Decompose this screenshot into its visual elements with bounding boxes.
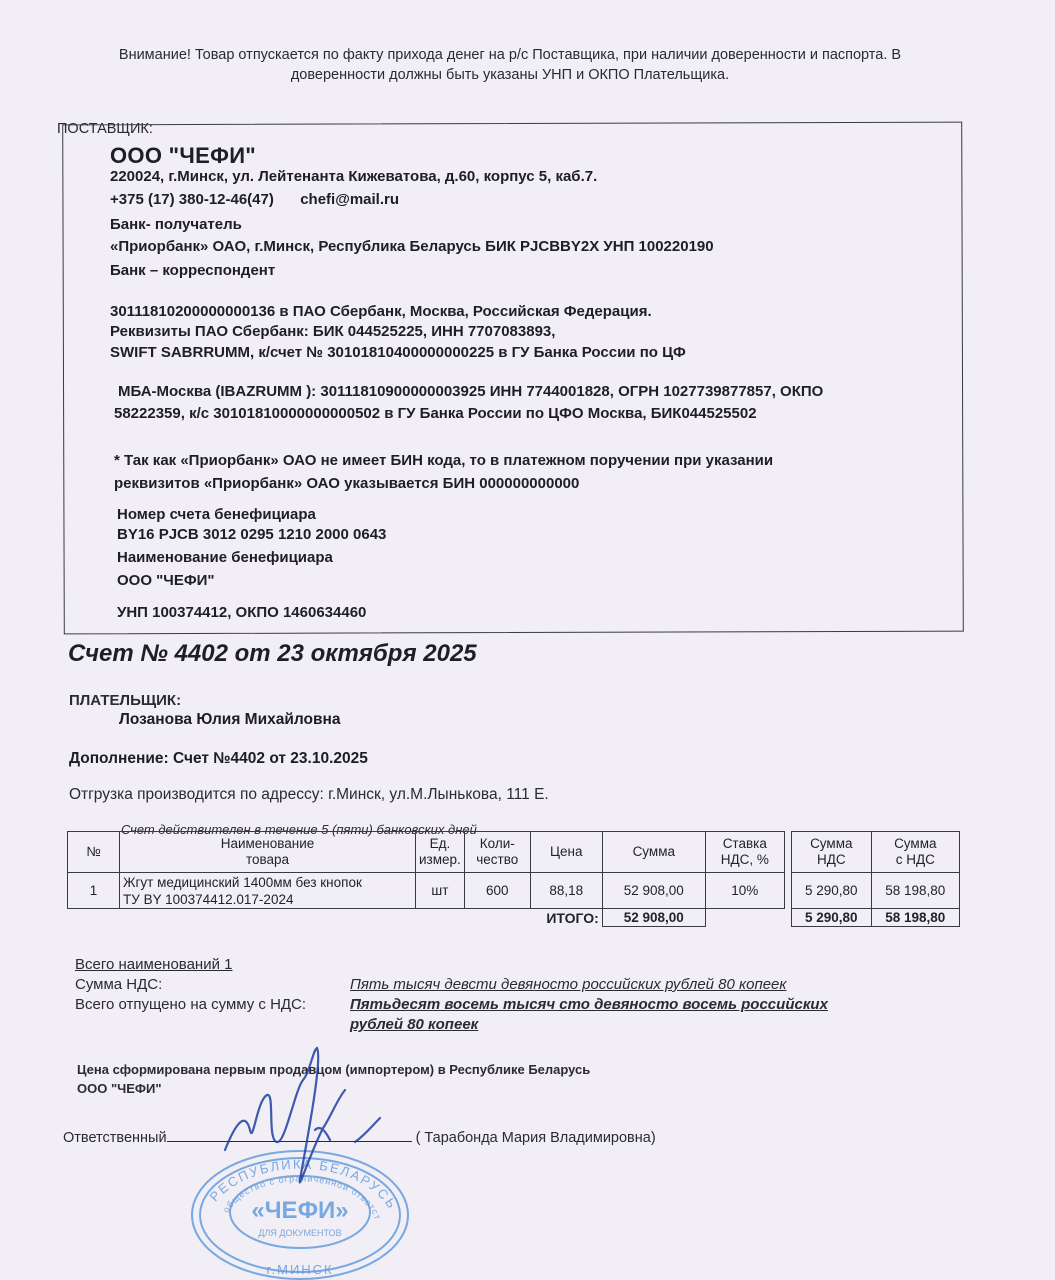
col-unit: Ед.измер. [416, 832, 465, 873]
bank-recipient: «Приорбанк» ОАО, г.Минск, Республика Бел… [110, 238, 714, 255]
svg-text:г.МИНСК: г.МИНСК [266, 1262, 333, 1277]
supplier-name: ООО "ЧЕФИ" [110, 143, 256, 169]
supplier-address: 220024, г.Минск, ул. Лейтенанта Кижевато… [110, 168, 597, 185]
col-num: № [68, 832, 120, 873]
cell-price: 88,18 [530, 873, 602, 909]
sberbank-details: Реквизиты ПАО Сбербанк: БИК 044525225, И… [110, 323, 555, 340]
col-vat-rate: СтавкаНДС, % [705, 832, 784, 873]
beneficiary-name: ООО "ЧЕФИ" [117, 572, 215, 589]
cell-gap [784, 873, 791, 909]
vat-sum-line: Сумма НДС:Пять тысяч девсти девяносто ро… [75, 975, 828, 995]
beneficiary-account: BY16 PJCB 3012 0295 1210 2000 0643 [117, 526, 386, 543]
responsible-label: Ответственный [63, 1130, 167, 1146]
payer-label: ПЛАТЕЛЬЩИК: [69, 692, 181, 709]
correspondent-account: 30111810200000000136 в ПАО Сбербанк, Мос… [110, 303, 652, 320]
col-gap [784, 832, 791, 873]
shipping-address: Отгрузка производится по адрессу: г.Минс… [69, 786, 549, 804]
beneficiary-name-label: Наименование бенефициара [117, 549, 333, 566]
invoice-title: Счет № 4402 от 23 октября 2025 [68, 640, 477, 668]
correspondent-label: Банк – корреспондент [110, 262, 275, 279]
supplier-email[interactable]: chefi@mail.ru [300, 191, 399, 208]
mba-details: МБА-Москва (IBAZRUMM ): 3011181090000000… [118, 383, 823, 400]
cell-total: 58 198,80 [871, 873, 959, 909]
total-sum-words: Пятьдесят восемь тысяч сто девяносто вос… [350, 996, 828, 1013]
total-sum-line: Всего отпущено на сумму с НДС:Пятьдесят … [75, 995, 828, 1015]
swift-details: SWIFT SABRRUMM, к/счет № 301018104000000… [110, 344, 686, 361]
svg-text:«ЧЕФИ»: «ЧЕФИ» [251, 1197, 348, 1224]
cell-name: Жгут медицинский 1400мм без кнопокТУ BY … [120, 873, 416, 909]
unp-okpo: УНП 100374412, ОКПО 1460634460 [117, 604, 366, 621]
payer-name: Лозанова Юлия Михайловна [119, 711, 341, 729]
col-qty: Коли-чество [464, 832, 530, 873]
mba-details-2: 58222359, к/с 30101810000000000502 в ГУ … [114, 405, 757, 422]
supplier-contacts: +375 (17) 380-12-46(47) chefi@mail.ru [110, 191, 399, 208]
col-sum: Сумма [602, 832, 705, 873]
table-row: 1 Жгут медицинский 1400мм без кнопокТУ B… [68, 873, 960, 909]
payment-notice: Внимание! Товар отпускается по факту при… [70, 45, 950, 85]
total-vat-sum: 5 290,80 [791, 909, 871, 927]
bin-note-2: реквизитов «Приорбанк» ОАО указывается Б… [114, 475, 579, 492]
total-label: ИТОГО: [530, 909, 602, 927]
table-header-row: № Наименованиетовара Ед.измер. Коли-чест… [68, 832, 960, 873]
responsible-name: ( Тарабонда Мария Владимировна) [416, 1130, 656, 1146]
handwritten-signature-icon [205, 1030, 405, 1200]
items-count: Всего наименований 1 [75, 955, 828, 975]
supplier-phone: +375 (17) 380-12-46(47) [110, 191, 274, 208]
cell-num: 1 [68, 873, 120, 909]
bin-note: * Так как «Приорбанк» ОАО не имеет БИН к… [114, 452, 773, 469]
bank-recipient-label: Банк- получатель [110, 216, 242, 233]
svg-text:ДЛЯ ДОКУМЕНТОВ: ДЛЯ ДОКУМЕНТОВ [258, 1228, 341, 1238]
total-with-vat: 58 198,80 [871, 909, 959, 927]
cell-qty: 600 [464, 873, 530, 909]
col-name: Наименованиетовара [120, 832, 416, 873]
cell-unit: шт [416, 873, 465, 909]
invoice-addendum: Дополнение: Счет №4402 от 23.10.2025 [69, 750, 368, 768]
summary-block: Всего наименований 1 Сумма НДС:Пять тыся… [75, 955, 828, 1035]
cell-vat-rate: 10% [705, 873, 784, 909]
cell-vat-sum: 5 290,80 [791, 873, 871, 909]
table-total-row: ИТОГО: 52 908,00 5 290,80 58 198,80 [68, 909, 960, 927]
col-price: Цена [530, 832, 602, 873]
vat-sum-words: Пять тысяч девсти девяносто российских р… [350, 976, 786, 993]
items-table: № Наименованиетовара Ед.измер. Коли-чест… [67, 831, 960, 927]
cell-sum: 52 908,00 [602, 873, 705, 909]
col-total: Суммас НДС [871, 832, 959, 873]
beneficiary-account-label: Номер счета бенефициара [117, 506, 316, 523]
col-vat-sum: СуммаНДС [791, 832, 871, 873]
total-sum: 52 908,00 [602, 909, 705, 927]
